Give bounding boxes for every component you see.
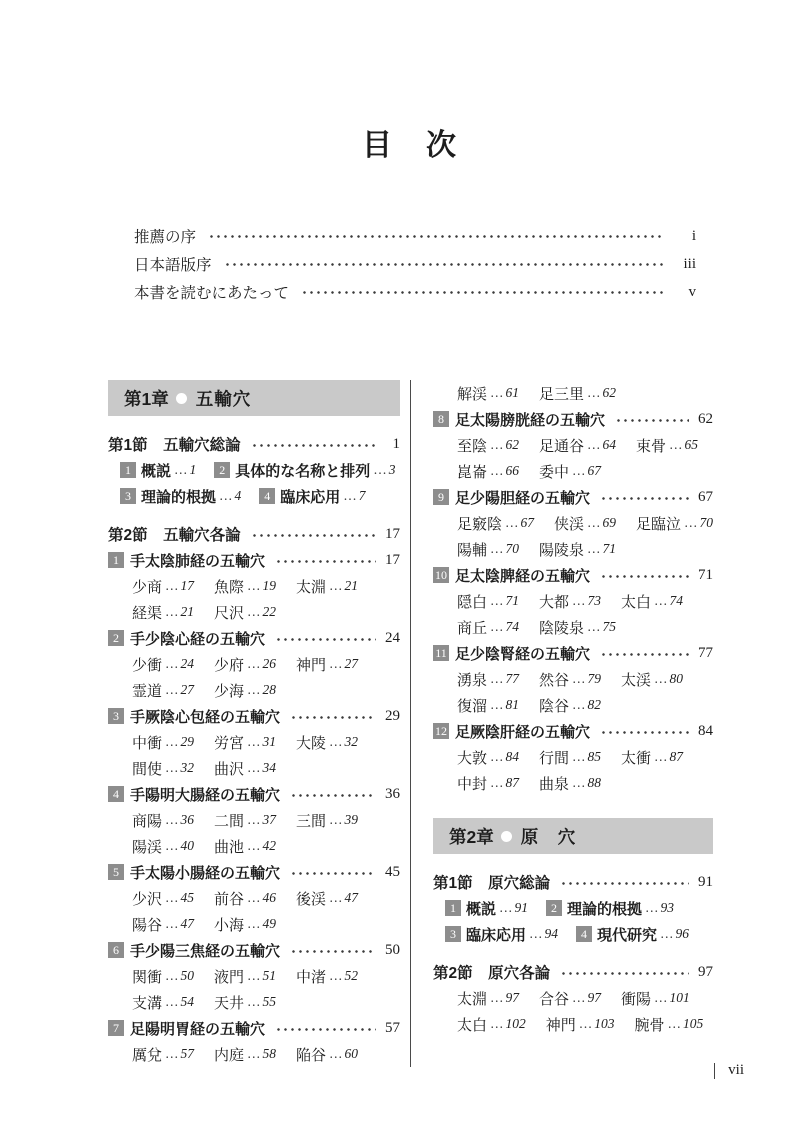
acupoint-label: 魚際 bbox=[214, 576, 244, 597]
page-number: 60 bbox=[329, 1046, 358, 1062]
entry-label: 本書を読むにあたって bbox=[134, 281, 289, 303]
toc-page: 目 次 推薦の序 i 日本語版序 iii 本書を読むにあたって v 第1章 五輸… bbox=[0, 0, 800, 1067]
acupoint-entry: 間使32 bbox=[132, 758, 194, 779]
page-number: 67 bbox=[693, 489, 713, 506]
toc-acupoint-row: 陽谷47 小海49 bbox=[108, 911, 400, 937]
toc-acupoint-row: 太淵97 合谷97 衝陽101 bbox=[433, 985, 713, 1011]
page-number: 54 bbox=[165, 994, 194, 1010]
page-footer: vii bbox=[714, 1062, 744, 1079]
acupoint-entry: 三間39 bbox=[296, 810, 358, 831]
acupoint-entry: 腕骨105 bbox=[635, 1014, 704, 1035]
acupoint-label: 崑崙 bbox=[457, 461, 487, 482]
subentry-label: 手太陽小腸経の五輸穴 bbox=[130, 862, 280, 883]
page-number: 28 bbox=[247, 682, 276, 698]
acupoint-label: 太白 bbox=[457, 1014, 487, 1035]
acupoint-label: 足臨泣 bbox=[636, 513, 681, 534]
acupoint-entry: 神門103 bbox=[546, 1014, 615, 1035]
acupoint-label: 曲沢 bbox=[214, 758, 244, 779]
numbered-badge: 7 bbox=[108, 1020, 124, 1036]
subsection-entry: 1 概説 1 bbox=[120, 460, 196, 481]
acupoint-entry: 湧泉77 bbox=[457, 669, 519, 690]
acupoint-entry: 足通谷64 bbox=[539, 435, 616, 456]
page-number: 66 bbox=[490, 463, 519, 479]
page-number: 67 bbox=[572, 463, 601, 479]
toc-subentry-row: 2 手少陰心経の五輸穴 24 bbox=[108, 625, 400, 651]
acupoint-entry: 曲泉88 bbox=[539, 773, 601, 794]
toc-acupoint-row: 足竅陰67 侠渓69 足臨泣70 bbox=[433, 510, 713, 536]
numbered-badge: 11 bbox=[433, 645, 449, 661]
toc-subentry-row: 3 手厥陰心包経の五輸穴 29 bbox=[108, 703, 400, 729]
acupoint-entry: 少海28 bbox=[214, 680, 276, 701]
numbered-badge: 5 bbox=[108, 864, 124, 880]
page-number: 29 bbox=[380, 708, 400, 725]
page-number: 29 bbox=[165, 734, 194, 750]
toc-acupoint-row: 商丘74 陰陵泉75 bbox=[433, 614, 713, 640]
page-number: 94 bbox=[529, 926, 558, 942]
toc-acupoint-row: 商陽36 二間37 三間39 bbox=[108, 807, 400, 833]
acupoint-label: 中渚 bbox=[296, 966, 326, 987]
toc-subentry-row: 10 足太陰脾経の五輸穴 71 bbox=[433, 562, 713, 588]
toc-acupoint-row: 経渠21 尺沢22 bbox=[108, 599, 400, 625]
page-number: 85 bbox=[572, 749, 601, 765]
acupoint-label: 復溜 bbox=[457, 695, 487, 716]
subsection-entry: 3 理論的根拠 4 bbox=[120, 486, 241, 507]
acupoint-entry: 至陰62 bbox=[457, 435, 519, 456]
dot-leader bbox=[613, 416, 689, 425]
acupoint-label: 足竅陰 bbox=[457, 513, 502, 534]
acupoint-label: 太淵 bbox=[296, 576, 326, 597]
subsection-label: 臨床応用 bbox=[280, 486, 340, 507]
acupoint-entry: 解渓61 bbox=[457, 383, 519, 404]
page-number: 50 bbox=[380, 942, 400, 959]
page-number: 36 bbox=[165, 812, 194, 828]
acupoint-label: 衝陽 bbox=[621, 988, 651, 1009]
acupoint-label: 神門 bbox=[546, 1014, 576, 1035]
page-number: 55 bbox=[247, 994, 276, 1010]
acupoint-label: 委中 bbox=[539, 461, 569, 482]
page-number: 91 bbox=[499, 900, 528, 916]
page-number: 32 bbox=[329, 734, 358, 750]
acupoint-label: 厲兌 bbox=[132, 1044, 162, 1065]
page-number: v bbox=[670, 284, 696, 301]
subsection-entry: 4 現代研究 96 bbox=[576, 924, 689, 945]
dot-leader bbox=[222, 260, 664, 269]
acupoint-entry: 曲沢34 bbox=[214, 758, 276, 779]
toc-acupoint-row: 中衝29 労宮31 大陵32 bbox=[108, 729, 400, 755]
page-number: 4 bbox=[219, 488, 241, 504]
acupoint-label: 商丘 bbox=[457, 617, 487, 638]
acupoint-entry: 太渓80 bbox=[621, 669, 683, 690]
dot-leader bbox=[249, 441, 376, 450]
acupoint-entry: 関衝50 bbox=[132, 966, 194, 987]
acupoint-label: 神門 bbox=[296, 654, 326, 675]
acupoint-label: 陰陵泉 bbox=[539, 617, 584, 638]
acupoint-label: 行間 bbox=[539, 747, 569, 768]
acupoint-label: 経渠 bbox=[132, 602, 162, 623]
acupoint-entry: 委中67 bbox=[539, 461, 601, 482]
page-number: 71 bbox=[490, 593, 519, 609]
acupoint-label: 陽輔 bbox=[457, 539, 487, 560]
page-number: 105 bbox=[668, 1016, 704, 1032]
acupoint-entry: 経渠21 bbox=[132, 602, 194, 623]
acupoint-entry: 商陽36 bbox=[132, 810, 194, 831]
toc-subentry-row: 4 手陽明大腸経の五輸穴 36 bbox=[108, 781, 400, 807]
entry-label: 日本語版序 bbox=[134, 253, 212, 275]
toc-acupoint-row: 厲兌57 内庭58 陥谷60 bbox=[108, 1041, 400, 1067]
dot-leader bbox=[249, 531, 376, 540]
subentry-label: 足厥陰肝経の五輸穴 bbox=[455, 721, 590, 742]
front-matter-entry: 推薦の序 i bbox=[134, 222, 696, 250]
acupoint-label: 関衝 bbox=[132, 966, 162, 987]
page-number: 57 bbox=[380, 1020, 400, 1037]
acupoint-label: 少海 bbox=[214, 680, 244, 701]
acupoint-entry: 束骨65 bbox=[636, 435, 698, 456]
toc-acupoint-row: 至陰62 足通谷64 束骨65 bbox=[433, 432, 713, 458]
subsection-label: 理論的根拠 bbox=[567, 898, 642, 919]
toc-acupoint-row: 隠白71 大都73 太白74 bbox=[433, 588, 713, 614]
page-number: 17 bbox=[380, 526, 400, 543]
page-number: 103 bbox=[579, 1016, 615, 1032]
page-number: 67 bbox=[505, 515, 534, 531]
acupoint-entry: 中封87 bbox=[457, 773, 519, 794]
toc-subentry-row: 11 足少陰腎経の五輸穴 77 bbox=[433, 640, 713, 666]
numbered-badge: 4 bbox=[259, 488, 275, 504]
acupoint-entry: 侠渓69 bbox=[554, 513, 616, 534]
toc-acupoint-row: 少商17 魚際19 太淵21 bbox=[108, 573, 400, 599]
page-number: 84 bbox=[490, 749, 519, 765]
page-number: 52 bbox=[329, 968, 358, 984]
acupoint-entry: 魚際19 bbox=[214, 576, 276, 597]
acupoint-label: 陽谷 bbox=[132, 914, 162, 935]
subentry-label: 足陽明胃経の五輸穴 bbox=[130, 1018, 265, 1039]
section-label: 第1節 五輸穴総論 bbox=[108, 433, 241, 455]
subentry-label: 手少陽三焦経の五輸穴 bbox=[130, 940, 280, 961]
page-number: 74 bbox=[654, 593, 683, 609]
acupoint-label: 湧泉 bbox=[457, 669, 487, 690]
toc-acupoint-row: 崑崙66 委中67 bbox=[433, 458, 713, 484]
acupoint-label: 少府 bbox=[214, 654, 244, 675]
acupoint-entry: 行間85 bbox=[539, 747, 601, 768]
page-number: 37 bbox=[247, 812, 276, 828]
acupoint-entry: 神門27 bbox=[296, 654, 358, 675]
dot-leader bbox=[558, 969, 689, 978]
acupoint-entry: 太淵21 bbox=[296, 576, 358, 597]
acupoint-label: 至陰 bbox=[457, 435, 487, 456]
acupoint-label: 少商 bbox=[132, 576, 162, 597]
acupoint-label: 尺沢 bbox=[214, 602, 244, 623]
subsection-entry: 2 理論的根拠 93 bbox=[546, 898, 674, 919]
acupoint-label: 後渓 bbox=[296, 888, 326, 909]
toc-subentry-row: 1 手太陰肺経の五輸穴 17 bbox=[108, 547, 400, 573]
dot-leader bbox=[598, 650, 689, 659]
subsection-label: 現代研究 bbox=[597, 924, 657, 945]
subsection-label: 臨床応用 bbox=[466, 924, 526, 945]
acupoint-entry: 足竅陰67 bbox=[457, 513, 534, 534]
page-number: 1 bbox=[174, 462, 196, 478]
section-label: 第2節 五輸穴各論 bbox=[108, 523, 241, 545]
acupoint-label: 三間 bbox=[296, 810, 326, 831]
numbered-badge: 3 bbox=[108, 708, 124, 724]
page-number: 73 bbox=[572, 593, 601, 609]
page-number: 62 bbox=[693, 411, 713, 428]
front-matter-list: 推薦の序 i 日本語版序 iii 本書を読むにあたって v bbox=[134, 222, 696, 306]
acupoint-entry: 二間37 bbox=[214, 810, 276, 831]
acupoint-entry: 大敦84 bbox=[457, 747, 519, 768]
numbered-badge: 2 bbox=[214, 462, 230, 478]
acupoint-label: 支溝 bbox=[132, 992, 162, 1013]
toc-acupoint-row: 復溜81 陰谷82 bbox=[433, 692, 713, 718]
toc-acupoint-row: 支溝54 天井55 bbox=[108, 989, 400, 1015]
acupoint-entry: 足三里62 bbox=[539, 383, 616, 404]
page-number: 81 bbox=[490, 697, 519, 713]
toc-acupoint-row: 太白102 神門103 腕骨105 bbox=[433, 1011, 713, 1037]
page-number: 91 bbox=[693, 874, 713, 891]
page-number: 62 bbox=[490, 437, 519, 453]
page-number: 82 bbox=[572, 697, 601, 713]
dot-leader bbox=[288, 791, 376, 800]
acupoint-entry: 曲池42 bbox=[214, 836, 276, 857]
acupoint-label: 天井 bbox=[214, 992, 244, 1013]
chapter-heading: 第1章 五輸穴 bbox=[108, 380, 400, 416]
toc-acupoint-row: 少衝24 少府26 神門27 bbox=[108, 651, 400, 677]
acupoint-entry: 厲兌57 bbox=[132, 1044, 194, 1065]
acupoint-entry: 太衝87 bbox=[621, 747, 683, 768]
dot-leader bbox=[273, 1025, 376, 1034]
chapter-bullet-icon bbox=[501, 831, 512, 842]
acupoint-label: 隠白 bbox=[457, 591, 487, 612]
subentry-label: 足太陽膀胱経の五輸穴 bbox=[455, 409, 605, 430]
page-number: 45 bbox=[165, 890, 194, 906]
page-number: 47 bbox=[329, 890, 358, 906]
subentry-label: 手太陰肺経の五輸穴 bbox=[130, 550, 265, 571]
numbered-badge: 4 bbox=[108, 786, 124, 802]
page-number: 42 bbox=[247, 838, 276, 854]
acupoint-label: 陰谷 bbox=[539, 695, 569, 716]
acupoint-label: 足三里 bbox=[539, 383, 584, 404]
page-number: 51 bbox=[247, 968, 276, 984]
page-number: 31 bbox=[247, 734, 276, 750]
toc-acupoint-row: 陽輔70 陽陵泉71 bbox=[433, 536, 713, 562]
toc-subsection-row: 1 概説 91 2 理論的根拠 93 bbox=[433, 895, 713, 921]
toc-columns: 第1章 五輸穴 第1節 五輸穴総論 1 1 概説 1 2 具体的な名称と排列 3 bbox=[108, 380, 712, 1067]
acupoint-entry: 少商17 bbox=[132, 576, 194, 597]
page-number: 62 bbox=[587, 385, 616, 401]
numbered-badge: 1 bbox=[120, 462, 136, 478]
numbered-badge: 10 bbox=[433, 567, 449, 583]
dot-leader bbox=[288, 713, 376, 722]
acupoint-label: 霊道 bbox=[132, 680, 162, 701]
numbered-badge: 9 bbox=[433, 489, 449, 505]
acupoint-label: 前谷 bbox=[214, 888, 244, 909]
numbered-badge: 8 bbox=[433, 411, 449, 427]
page-number: 88 bbox=[572, 775, 601, 791]
page-number: 24 bbox=[380, 630, 400, 647]
acupoint-entry: 陽谷47 bbox=[132, 914, 194, 935]
page-number: 27 bbox=[165, 682, 194, 698]
page-number: 87 bbox=[654, 749, 683, 765]
front-matter-entry: 日本語版序 iii bbox=[134, 250, 696, 278]
page-number: 57 bbox=[165, 1046, 194, 1062]
acupoint-label: 内庭 bbox=[214, 1044, 244, 1065]
acupoint-label: 然谷 bbox=[539, 669, 569, 690]
page-number: 47 bbox=[165, 916, 194, 932]
page-number: 65 bbox=[669, 437, 698, 453]
toc-subsection-row: 3 理論的根拠 4 4 臨床応用 7 bbox=[108, 483, 400, 509]
page-title: 目 次 bbox=[108, 120, 712, 164]
subsection-label: 具体的な名称と排列 bbox=[235, 460, 370, 481]
subentry-label: 足太陰脾経の五輸穴 bbox=[455, 565, 590, 586]
acupoint-label: 大陵 bbox=[296, 732, 326, 753]
subentry-label: 手少陰心経の五輸穴 bbox=[130, 628, 265, 649]
acupoint-entry: 陽陵泉71 bbox=[539, 539, 616, 560]
acupoint-label: 足通谷 bbox=[539, 435, 584, 456]
page-number: 61 bbox=[490, 385, 519, 401]
acupoint-label: 太白 bbox=[621, 591, 651, 612]
toc-subsection-row: 3 臨床応用 94 4 現代研究 96 bbox=[433, 921, 713, 947]
page-number: 77 bbox=[693, 645, 713, 662]
acupoint-entry: 陽輔70 bbox=[457, 539, 519, 560]
acupoint-label: 液門 bbox=[214, 966, 244, 987]
acupoint-entry: 大都73 bbox=[539, 591, 601, 612]
acupoint-entry: 後渓47 bbox=[296, 888, 358, 909]
toc-acupoint-row: 霊道27 少海28 bbox=[108, 677, 400, 703]
acupoint-label: 中衝 bbox=[132, 732, 162, 753]
page-number: 36 bbox=[380, 786, 400, 803]
acupoint-label: 間使 bbox=[132, 758, 162, 779]
chapter-number: 第1章 bbox=[124, 386, 169, 411]
acupoint-label: 束骨 bbox=[636, 435, 666, 456]
acupoint-entry: 陰谷82 bbox=[539, 695, 601, 716]
page-number: 32 bbox=[165, 760, 194, 776]
section-label: 第1節 原穴総論 bbox=[433, 871, 550, 893]
acupoint-entry: 支溝54 bbox=[132, 992, 194, 1013]
page-number: 102 bbox=[490, 1016, 526, 1032]
page-number: 21 bbox=[165, 604, 194, 620]
acupoint-label: 陽渓 bbox=[132, 836, 162, 857]
toc-subentry-row: 12 足厥陰肝経の五輸穴 84 bbox=[433, 718, 713, 744]
numbered-badge: 3 bbox=[445, 926, 461, 942]
acupoint-entry: 大陵32 bbox=[296, 732, 358, 753]
toc-subentry-row: 6 手少陽三焦経の五輸穴 50 bbox=[108, 937, 400, 963]
subsection-entry: 4 臨床応用 7 bbox=[259, 486, 365, 507]
page-number: 97 bbox=[572, 990, 601, 1006]
acupoint-entry: 尺沢22 bbox=[214, 602, 276, 623]
subsection-label: 概説 bbox=[466, 898, 496, 919]
page-number: 69 bbox=[587, 515, 616, 531]
page-number: 7 bbox=[343, 488, 365, 504]
section-label: 第2節 原穴各論 bbox=[433, 961, 550, 983]
page-number: 17 bbox=[165, 578, 194, 594]
folio-page-number: vii bbox=[728, 1062, 744, 1079]
chapter-title: 原 穴 bbox=[521, 824, 577, 849]
page-number: i bbox=[670, 228, 696, 245]
page-number: 27 bbox=[329, 656, 358, 672]
toc-subentry-row: 7 足陽明胃経の五輸穴 57 bbox=[108, 1015, 400, 1041]
page-number: 87 bbox=[490, 775, 519, 791]
toc-section-row: 第1節 五輸穴総論 1 bbox=[108, 431, 400, 457]
dot-leader bbox=[206, 232, 664, 241]
page-number: 71 bbox=[693, 567, 713, 584]
page-number: 64 bbox=[587, 437, 616, 453]
page-number: 97 bbox=[490, 990, 519, 1006]
page-number: 50 bbox=[165, 968, 194, 984]
acupoint-label: 陥谷 bbox=[296, 1044, 326, 1065]
acupoint-label: 侠渓 bbox=[554, 513, 584, 534]
acupoint-label: 二間 bbox=[214, 810, 244, 831]
acupoint-label: 大都 bbox=[539, 591, 569, 612]
acupoint-entry: 隠白71 bbox=[457, 591, 519, 612]
page-number: 3 bbox=[373, 462, 395, 478]
acupoint-entry: 衝陽101 bbox=[621, 988, 690, 1009]
toc-section-row: 第2節 原穴各論 97 bbox=[433, 959, 713, 985]
numbered-badge: 12 bbox=[433, 723, 449, 739]
page-number: 46 bbox=[247, 890, 276, 906]
page-number: iii bbox=[670, 256, 696, 273]
dot-leader bbox=[299, 288, 664, 297]
acupoint-entry: 復溜81 bbox=[457, 695, 519, 716]
acupoint-label: 曲泉 bbox=[539, 773, 569, 794]
acupoint-label: 太衝 bbox=[621, 747, 651, 768]
acupoint-entry: 崑崙66 bbox=[457, 461, 519, 482]
acupoint-label: 合谷 bbox=[539, 988, 569, 1009]
toc-subentry-row: 8 足太陽膀胱経の五輸穴 62 bbox=[433, 406, 713, 432]
subentry-label: 手厥陰心包経の五輸穴 bbox=[130, 706, 280, 727]
page-number: 1 bbox=[380, 436, 400, 453]
acupoint-label: 太渓 bbox=[621, 669, 651, 690]
toc-subsection-row: 1 概説 1 2 具体的な名称と排列 3 bbox=[108, 457, 400, 483]
page-number: 75 bbox=[587, 619, 616, 635]
page-number: 45 bbox=[380, 864, 400, 881]
subsection-entry: 2 具体的な名称と排列 3 bbox=[214, 460, 395, 481]
front-matter-entry: 本書を読むにあたって v bbox=[134, 278, 696, 306]
acupoint-entry: 中渚52 bbox=[296, 966, 358, 987]
page-number: 79 bbox=[572, 671, 601, 687]
page-number: 93 bbox=[645, 900, 674, 916]
numbered-badge: 2 bbox=[546, 900, 562, 916]
page-number: 84 bbox=[693, 723, 713, 740]
chapter-title: 五輸穴 bbox=[196, 386, 252, 411]
footer-divider bbox=[714, 1063, 715, 1079]
dot-leader bbox=[273, 557, 376, 566]
acupoint-label: 腕骨 bbox=[635, 1014, 665, 1035]
acupoint-entry: 少沢45 bbox=[132, 888, 194, 909]
toc-acupoint-row: 解渓61 足三里62 bbox=[433, 380, 713, 406]
page-number: 26 bbox=[247, 656, 276, 672]
dot-leader bbox=[273, 635, 376, 644]
entry-label: 推薦の序 bbox=[134, 225, 196, 247]
page-number: 80 bbox=[654, 671, 683, 687]
page-number: 49 bbox=[247, 916, 276, 932]
page-number: 74 bbox=[490, 619, 519, 635]
page-number: 39 bbox=[329, 812, 358, 828]
chapter-bullet-icon bbox=[176, 393, 187, 404]
acupoint-entry: 中衝29 bbox=[132, 732, 194, 753]
toc-acupoint-row: 関衝50 液門51 中渚52 bbox=[108, 963, 400, 989]
acupoint-entry: 少府26 bbox=[214, 654, 276, 675]
numbered-badge: 1 bbox=[108, 552, 124, 568]
subentry-label: 足少陽胆経の五輸穴 bbox=[455, 487, 590, 508]
toc-acupoint-row: 湧泉77 然谷79 太渓80 bbox=[433, 666, 713, 692]
acupoint-entry: 陥谷60 bbox=[296, 1044, 358, 1065]
acupoint-entry: 液門51 bbox=[214, 966, 276, 987]
acupoint-label: 陽陵泉 bbox=[539, 539, 584, 560]
page-number: 70 bbox=[684, 515, 713, 531]
acupoint-label: 中封 bbox=[457, 773, 487, 794]
acupoint-entry: 陽渓40 bbox=[132, 836, 194, 857]
acupoint-entry: 商丘74 bbox=[457, 617, 519, 638]
subsection-label: 概説 bbox=[141, 460, 171, 481]
acupoint-entry: 陰陵泉75 bbox=[539, 617, 616, 638]
